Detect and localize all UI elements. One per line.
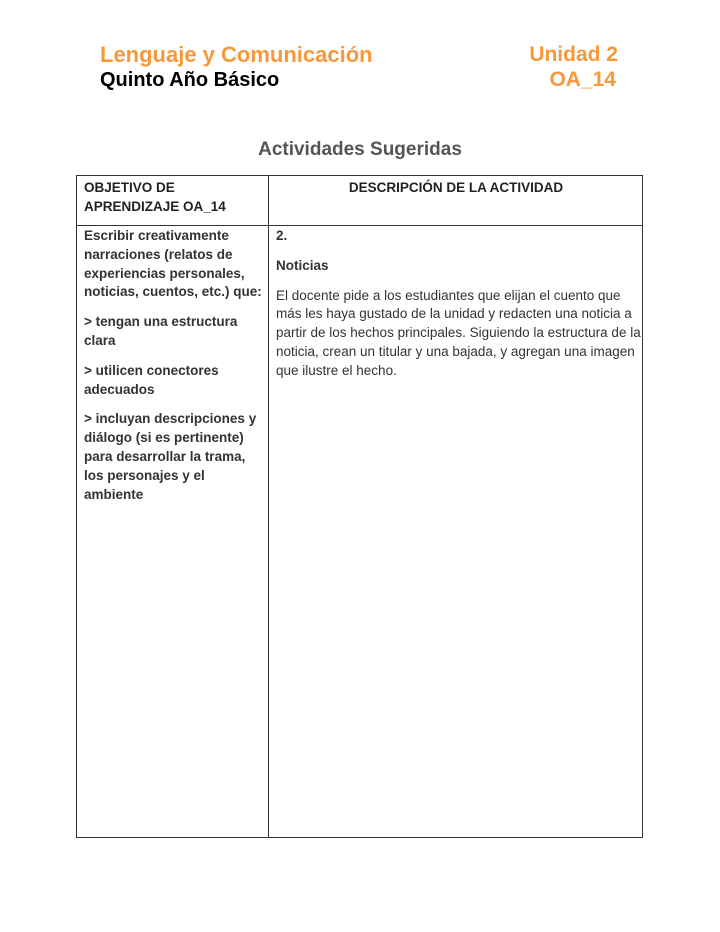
objective-column-header: OBJETIVO DE APRENDIZAJE OA_14	[84, 178, 264, 216]
column-divider	[268, 176, 269, 837]
subject-title: Lenguaje y Comunicación	[100, 42, 373, 68]
document-header-right: Unidad 2 OA_14	[529, 42, 618, 92]
section-title: Actividades Sugeridas	[0, 139, 720, 161]
description-cell: 2. Noticias El docente pide a los estudi…	[276, 227, 642, 381]
oa-code-label: OA_14	[529, 68, 618, 92]
activities-table: OBJETIVO DE APRENDIZAJE OA_14 DESCRIPCIÓ…	[76, 175, 643, 838]
document-header-left: Lenguaje y Comunicación Quinto Año Básic…	[100, 42, 373, 92]
grade-level: Quinto Año Básico	[100, 68, 373, 92]
objective-item: > tengan una estructura clara	[84, 313, 266, 351]
objective-cell: Escribir creativamente narraciones (rela…	[84, 227, 266, 515]
objective-item: > utilicen conectores adecuados	[84, 362, 266, 400]
description-column-header: DESCRIPCIÓN DE LA ACTIVIDAD	[270, 178, 642, 197]
unit-label: Unidad 2	[529, 42, 618, 68]
objective-intro: Escribir creativamente narraciones (rela…	[84, 227, 266, 302]
header-row-divider	[77, 225, 642, 226]
activity-description: El docente pide a los estudiantes que el…	[276, 287, 642, 381]
activity-name: Noticias	[276, 257, 642, 276]
activity-number: 2.	[276, 227, 642, 246]
objective-item: > incluyan descripciones y diálogo (si e…	[84, 410, 266, 504]
